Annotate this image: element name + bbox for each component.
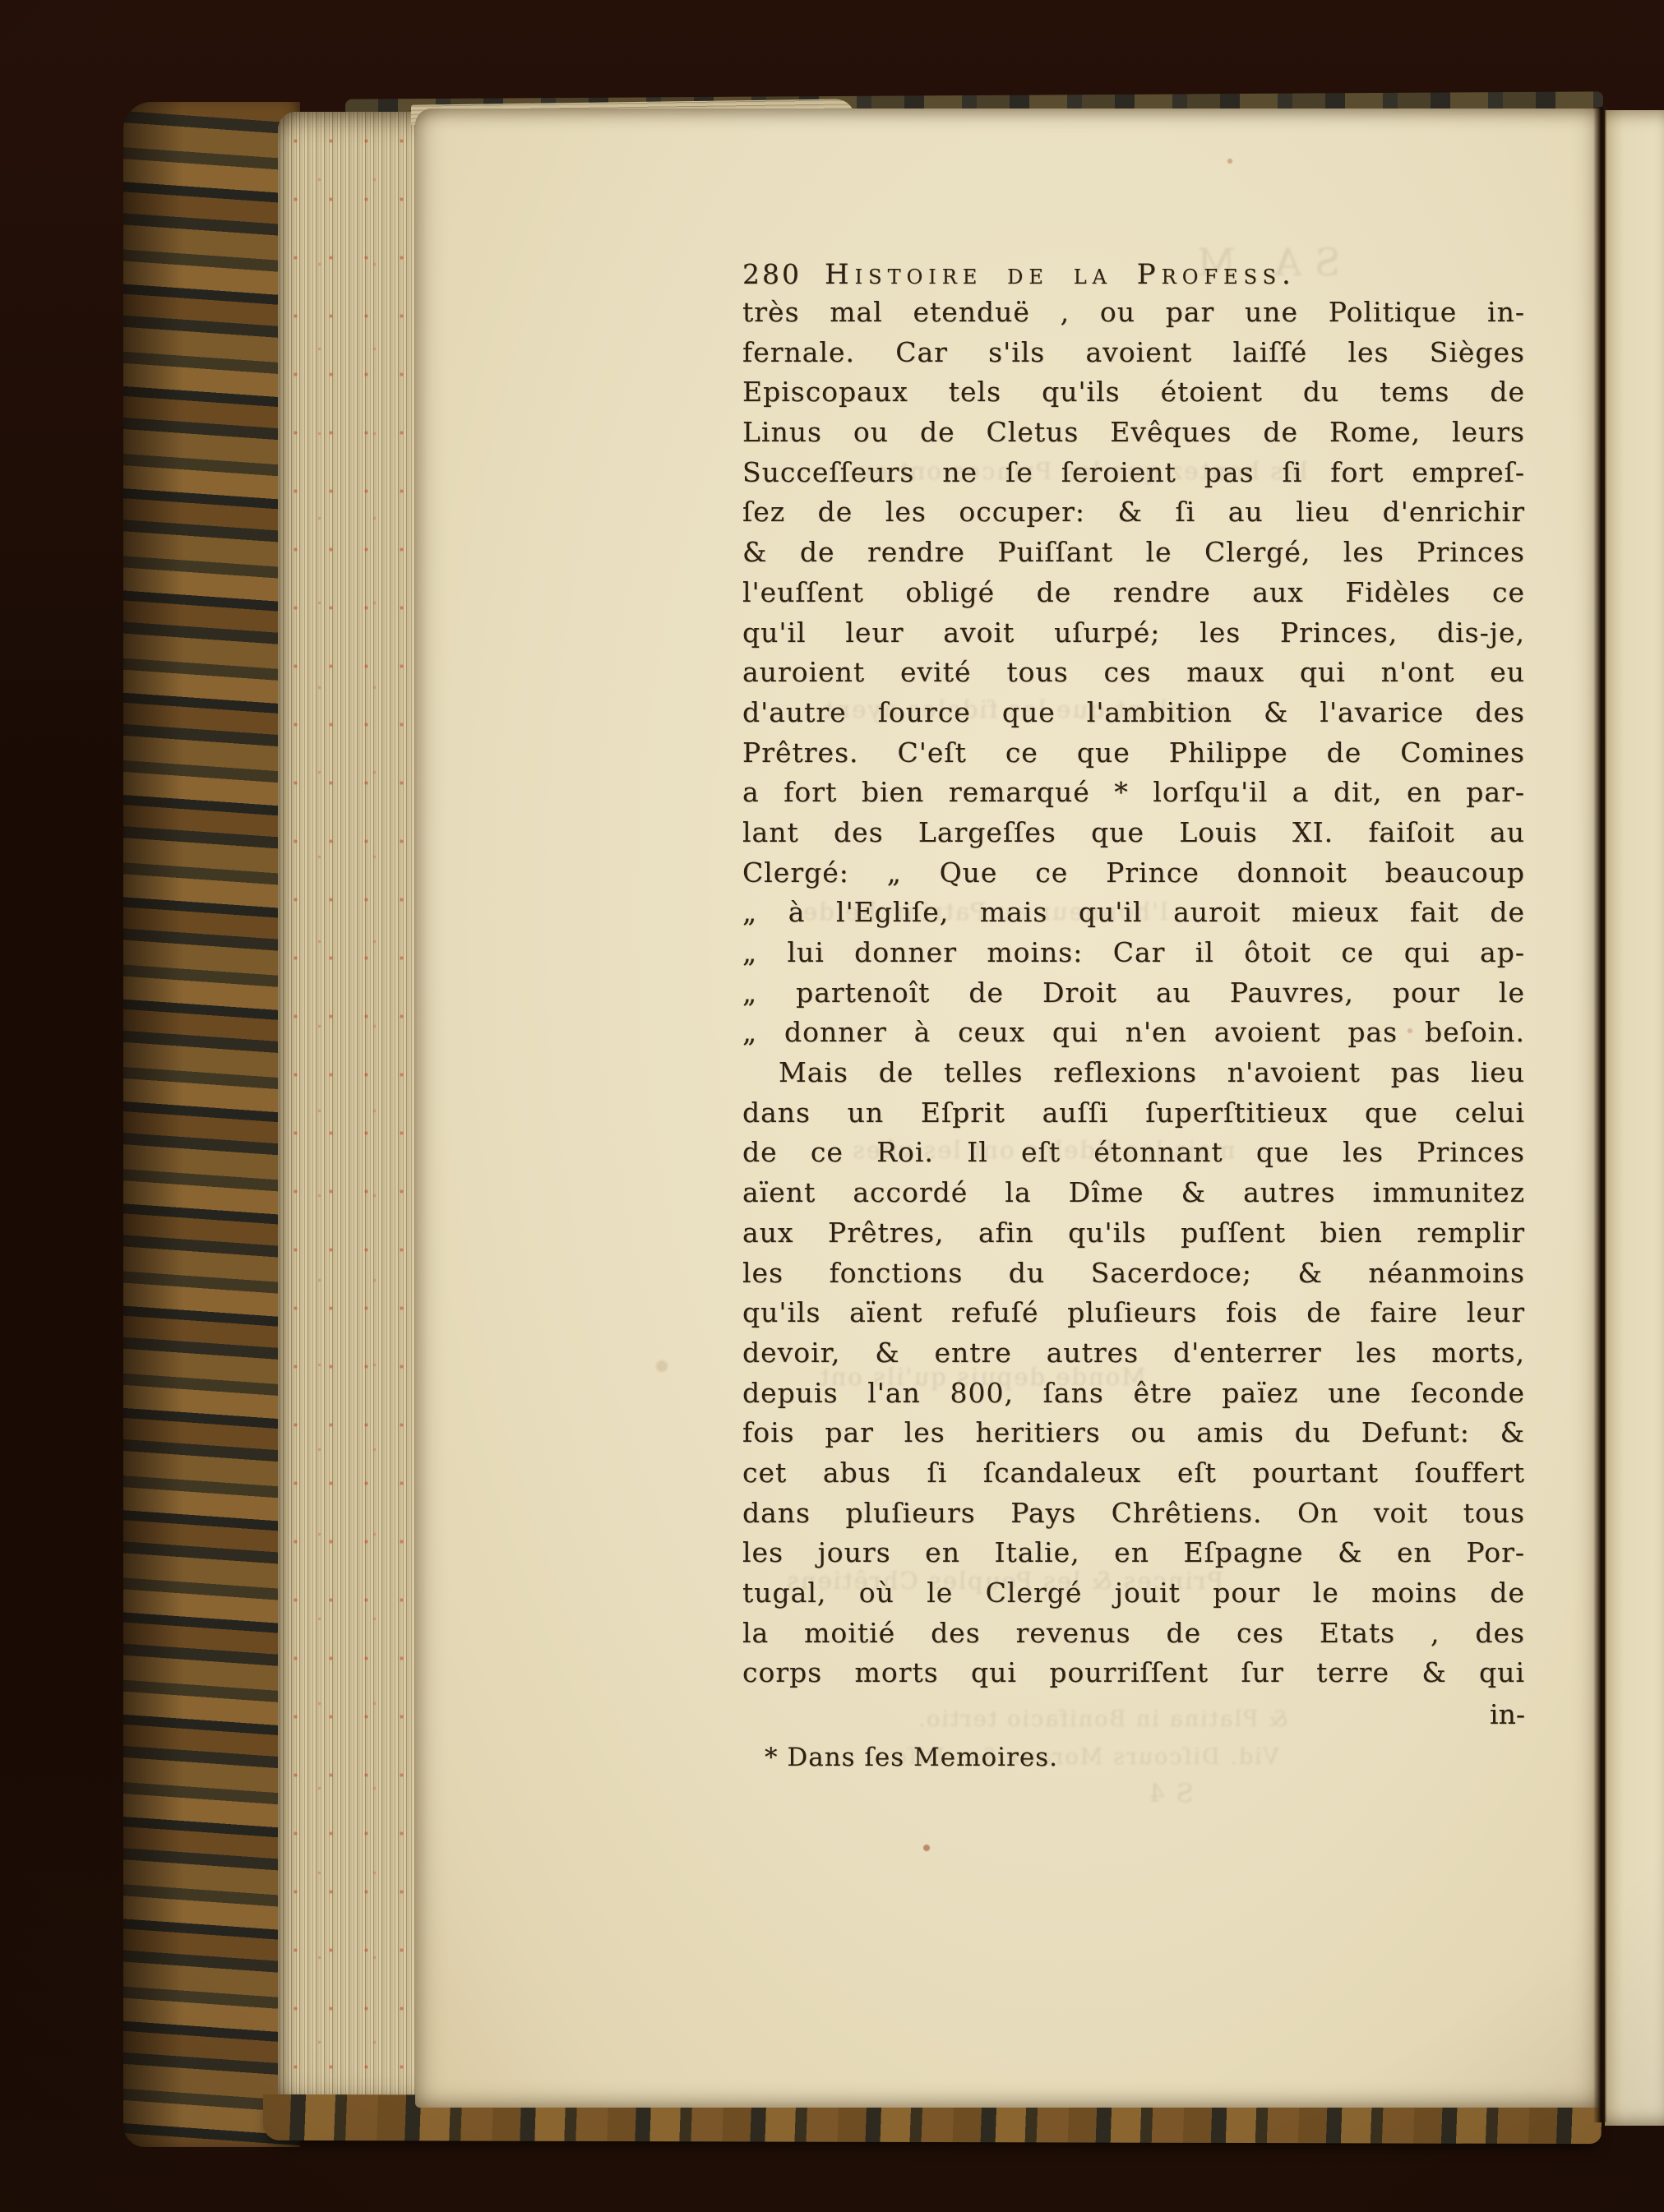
- photo-backdrop: SA Mles bontez que les Princes ont euveu…: [0, 0, 1664, 2212]
- facing-page-sliver: [1605, 110, 1664, 2126]
- page-header: 280 Histoire de la Profess.: [742, 258, 1528, 291]
- text-line: Prêtres. C'eſt ce que Philippe de Comine…: [742, 733, 1525, 774]
- text-line: a fort bien remarqué * lorſqu'il a dit, …: [742, 773, 1525, 813]
- text-line: Linus ou de Cletus Evêques de Rome, leur…: [742, 413, 1525, 453]
- text-line: dans un Eſprit auſſi ſuperſtitieux que c…: [742, 1093, 1525, 1134]
- book-gutter-shadow: [1593, 107, 1606, 2122]
- text-line: qu'ils aïent refuſé pluſieurs fois de fa…: [742, 1293, 1525, 1333]
- text-line: lant des Largeſſes que Louis XI. faiſoit…: [742, 813, 1525, 853]
- catchword: in-: [742, 1698, 1525, 1730]
- text-line: „ à l'Egliſe, mais qu'il auroit mieux fa…: [742, 893, 1525, 933]
- text-line: cet abus ſi ſcandaleux eſt pourtant ſouf…: [742, 1453, 1525, 1494]
- text-line: corps morts qui pourriſſent ſur terre & …: [742, 1653, 1525, 1693]
- text-line: fernale. Car s'ils avoient laiſſé les Si…: [742, 333, 1525, 373]
- text-line: l'euſſent obligé de rendre aux Fidèles c…: [742, 573, 1525, 613]
- text-line: auroient evité tous ces maux qui n'ont e…: [742, 653, 1525, 693]
- text-line: qu'il leur avoit uſurpé; les Princes, di…: [742, 613, 1525, 653]
- text-line: Succeſſeurs ne ſe ſeroient pas ſi fort e…: [742, 453, 1525, 493]
- text-line: „ lui donner moins: Car il ôtoit ce qui …: [742, 933, 1525, 973]
- text-line: aïent accordé la Dîme & autres immunitez: [742, 1173, 1525, 1213]
- text-line: Episcopaux tels qu'ils étoient du tems d…: [742, 372, 1525, 413]
- text-line: fois par les heritiers ou amis du Defunt…: [742, 1413, 1525, 1453]
- text-line: devoir, & entre autres d'enterrer les mo…: [742, 1333, 1525, 1374]
- running-title: Histoire de la Profess.: [825, 258, 1297, 291]
- text-line: ſez de les occuper: & ſi au lieu d'enric…: [742, 492, 1525, 533]
- text-line: très mal etenduë , ou par une Politique …: [742, 293, 1525, 333]
- footnote: * Dans ſes Memoires.: [765, 1743, 1058, 1772]
- text-line: les fonctions du Sacerdoce; & néanmoins: [742, 1254, 1525, 1294]
- page-number: 280: [742, 258, 802, 290]
- text-line: aux Prêtres, afin qu'ils puſſent bien re…: [742, 1213, 1525, 1254]
- text-line: & de rendre Puiſſant le Clergé, les Prin…: [742, 533, 1525, 573]
- book-board-left-marbled-edge: [123, 102, 300, 2147]
- text-line: „ partenoît de Droit au Pauvres, pour le: [742, 973, 1525, 1014]
- text-line: d'autre ſource que l'ambition & l'avaric…: [742, 693, 1525, 733]
- text-line: dans pluſieurs Pays Chrêtiens. On voit t…: [742, 1494, 1525, 1534]
- text-line: tugal, où le Clergé jouit pour le moins …: [742, 1573, 1525, 1614]
- text-line: depuis l'an 800, ſans être païez une ſec…: [742, 1374, 1525, 1414]
- text-line: les jours en Italie, en Eſpagne & en Por…: [742, 1533, 1525, 1573]
- text-line: Mais de telles reflexions n'avoient pas …: [742, 1053, 1525, 1093]
- text-line: la moitié des revenus de ces Etats , des: [742, 1614, 1525, 1654]
- text-line: Clergé: „ Que ce Prince donnoit beaucoup: [742, 853, 1525, 894]
- body-text: très mal etenduë , ou par une Politique …: [742, 293, 1525, 1693]
- text-line: „ donner à ceux qui n'en avoient pas beſ…: [742, 1013, 1525, 1053]
- text-line: de ce Roi. Il eſt étonnant que les Princ…: [742, 1133, 1525, 1173]
